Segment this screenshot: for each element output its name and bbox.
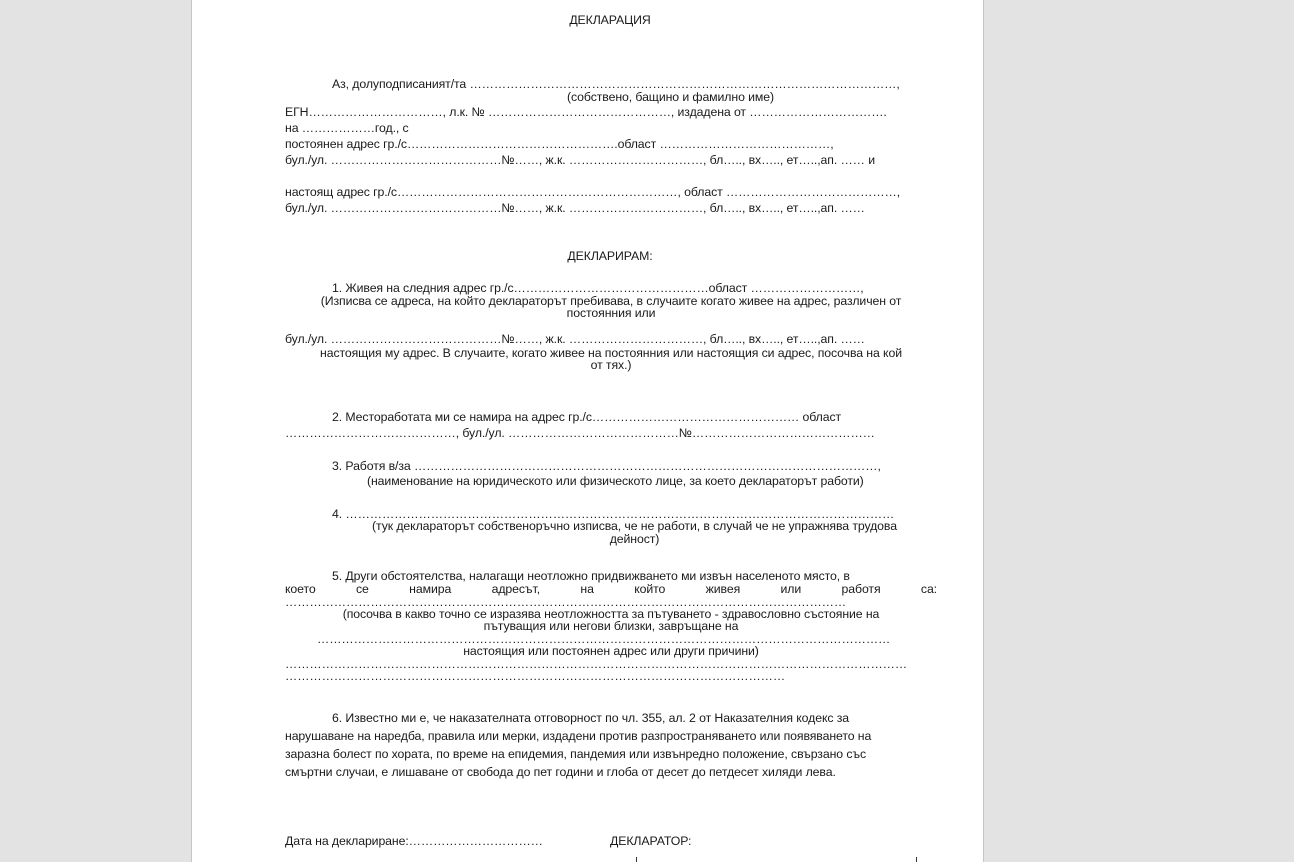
item5-dots: …………………………………………………………………………………………………………… (285, 669, 785, 683)
item1-note: от тях.) (285, 358, 937, 372)
intro-current-street: бул./ул. ……………………………………№……, ж.к. …………………… (285, 201, 865, 215)
item2-line: ……………………………………, бул./ул. ……………………………………№… (285, 426, 875, 440)
item6-line: смъртни случаи, е лишаване от свобода до… (285, 765, 836, 779)
item5-line: което се намира адресът, на който живея … (285, 582, 937, 596)
declare-heading: ДЕКЛАРИРАМ: (192, 249, 1028, 263)
item1-street: бул./ул. ……………………………………№……, ж.к. …………………… (285, 332, 865, 346)
document-title: ДЕКЛАРАЦИЯ (192, 13, 1028, 27)
item1-note: постоянния или (285, 306, 937, 320)
item3-line: 3. Работя в/за …………………………………………………………………… (332, 459, 881, 473)
item6-line: нарушаване на наредба, правила или мерки… (285, 729, 871, 743)
intro-permanent-address: постоянен адрес гр./с…………………………………………….о… (285, 137, 834, 151)
intro-date-line: на ………………год., с (285, 121, 409, 135)
document-page: ДЕКЛАРАЦИЯ Аз, долуподписаният/та ………………… (191, 0, 984, 862)
item6-line: 6. Известно ми е, че наказателната отгов… (332, 711, 849, 725)
intro-permanent-street: бул./ул. ……………………………………№……, ж.к. …………………… (285, 153, 875, 167)
item3-note: (наименование на юридическото или физиче… (367, 474, 864, 488)
item1-line: 1. Живея на следния адрес гр./с………………………… (332, 281, 864, 295)
intro-current-address: настоящ адрес гр./с………………………………………………………… (285, 185, 900, 199)
item5-note: пътуващия или негови близки, завръщане н… (285, 619, 937, 633)
signature-line-mark (916, 857, 917, 862)
item5-line: 5. Други обстоятелства, налагащи неотлож… (332, 569, 850, 583)
declarant-label: ДЕКЛАРАТОР: (610, 834, 691, 848)
declaration-date-field: Дата на деклариране:…………………………… (285, 834, 543, 848)
item4-note: дейност) (332, 532, 937, 546)
signature-line-mark (636, 857, 637, 862)
item4-note: (тук декларатор­ът собственоръчно изписв… (332, 519, 937, 533)
item6-line: заразна болест по хората, по време на еп… (285, 747, 866, 761)
intro-egn-line: ЕГН……………………………, л.к. № ………………………………………, … (285, 105, 887, 119)
intro-name-line: Аз, долуподписаният/та ……………………………………………… (332, 77, 900, 91)
item2-line: 2. Месторабота­та ми се намира на адрес … (332, 410, 937, 424)
intro-name-note: (собствено, бащино и фамилно име) (567, 90, 774, 104)
item5-note: настоящия или постоянен адрес или други … (285, 644, 937, 658)
